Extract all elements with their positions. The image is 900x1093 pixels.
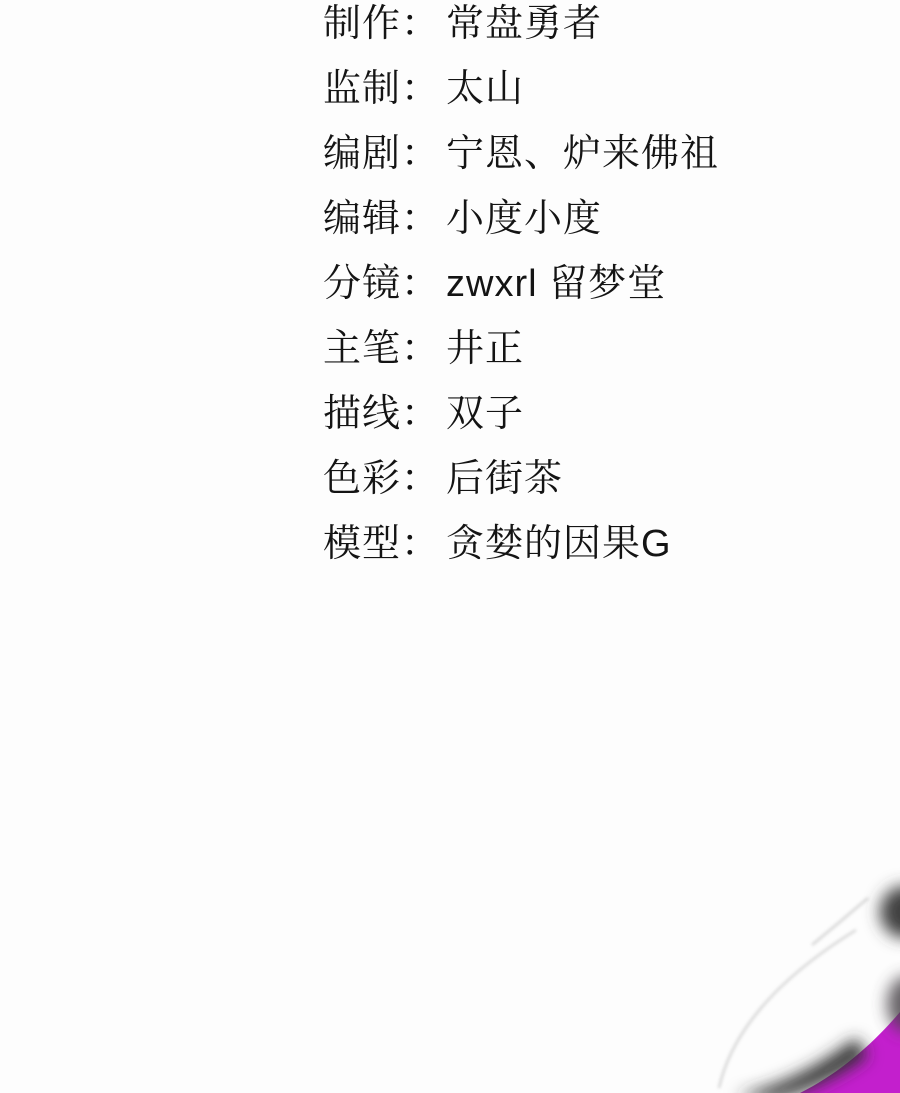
credit-role: 描线： bbox=[323, 382, 440, 437]
credit-name: 井正 bbox=[446, 317, 524, 372]
credits-list: 制作： 常盘勇者 监制： 太山 编剧： 宁恩、炉来佛祖 编辑： 小度小度 分镜：… bbox=[323, 0, 719, 572]
dark-crescent-blob bbox=[736, 1038, 868, 1093]
credit-role: 监制： bbox=[323, 57, 440, 112]
credit-name: 常盘勇者 bbox=[446, 0, 602, 47]
credit-role: 编辑： bbox=[323, 187, 440, 242]
magenta-corner-shape bbox=[800, 1012, 900, 1093]
credit-name: 小度小度 bbox=[446, 187, 602, 242]
credit-role: 模型： bbox=[323, 512, 440, 567]
credit-name: zwxrl 留梦堂 bbox=[446, 252, 666, 307]
credit-line-supervisor: 监制： 太山 bbox=[323, 52, 719, 117]
credit-line-storyboard: 分镜： zwxrl 留梦堂 bbox=[323, 247, 719, 312]
credit-name: 宁恩、炉来佛祖 bbox=[446, 122, 719, 177]
credit-line-editor: 编辑： 小度小度 bbox=[323, 182, 719, 247]
faint-curve-line bbox=[719, 898, 868, 1088]
credit-line-model: 模型： 贪婪的因果G bbox=[323, 507, 719, 572]
credit-name: 贪婪的因果G bbox=[446, 512, 672, 567]
credit-name: 太山 bbox=[446, 57, 524, 112]
credit-name: 双子 bbox=[446, 382, 524, 437]
credit-line-color: 色彩： 后街茶 bbox=[323, 442, 719, 507]
dark-blob-lower bbox=[887, 976, 900, 1032]
credit-role: 编剧： bbox=[323, 122, 440, 177]
credit-role: 分镜： bbox=[323, 252, 440, 307]
credit-line-screenwriter: 编剧： 宁恩、炉来佛祖 bbox=[323, 117, 719, 182]
credit-line-production: 制作： 常盘勇者 bbox=[323, 0, 719, 52]
credit-role: 制作： bbox=[323, 0, 440, 47]
credit-role: 色彩： bbox=[323, 447, 440, 502]
credit-line-lead-artist: 主笔： 井正 bbox=[323, 312, 719, 377]
dark-blob-upper bbox=[880, 886, 900, 938]
credit-line-lineart: 描线： 双子 bbox=[323, 377, 719, 442]
credit-role: 主笔： bbox=[323, 317, 440, 372]
credit-name: 后街茶 bbox=[446, 447, 563, 502]
